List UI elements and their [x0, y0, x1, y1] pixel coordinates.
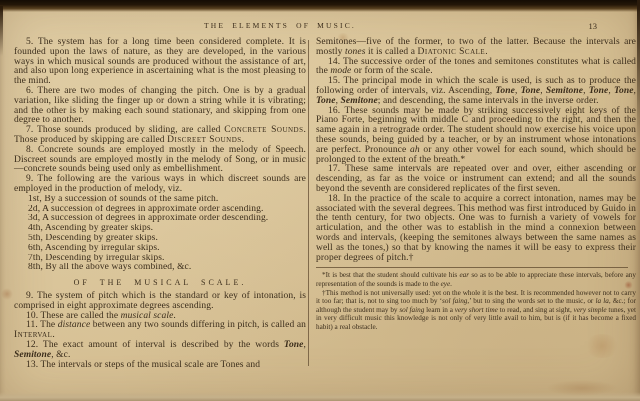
paragraph-6: 6. There are two modes of changing the p… [14, 87, 306, 126]
footnote-2: †This method is not universally used: ye… [316, 289, 636, 332]
list-item-3: 3d, A succession of degrees in approxima… [14, 214, 306, 224]
paragraph-7: 7. Those sounds produced by sliding, are… [14, 126, 306, 146]
paragraph-8: 8. Concrete sounds are employed mostly i… [14, 146, 306, 175]
right-column: Semitones—five of the former, to two of … [316, 38, 636, 331]
page-number: 13 [589, 21, 598, 31]
paragraph-15: 15. The principal mode in which the scal… [316, 77, 636, 106]
footnote-rule [316, 267, 628, 268]
paragraph-13-continued: Semitones—five of the former, to two of … [316, 38, 636, 58]
paragraph-11: 11. The distance between any two sounds … [14, 321, 306, 341]
paragraph-16: 16. These sounds may be made by striking… [316, 107, 636, 166]
paragraph-5: 5. The system has for a long time been c… [14, 38, 306, 87]
section-heading-musical-scale: OF THE MUSICAL SCALE. [14, 278, 306, 288]
paragraph-9: 9. The following are the various ways in… [14, 175, 306, 195]
paragraph-13: 13. The intervals or steps of the musica… [14, 361, 306, 371]
scan-bottom-edge [0, 392, 640, 401]
paragraph-12: 12. The exact amount of interval is desc… [14, 341, 306, 361]
running-title: THE ELEMENTS OF MUSIC. [0, 21, 560, 30]
paragraph-9-scale: 9. The system of pitch which is the stan… [14, 292, 306, 312]
list-item-5: 5th, Descending by greater skips. [14, 234, 306, 244]
list-item-8: 8th, By all the above ways combined, &c. [14, 263, 306, 273]
list-item-7: 7th, Descending by irregular skips. [14, 254, 306, 264]
list-item-2: 2d, A succession of degrees in approxima… [14, 205, 306, 215]
list-item-1: 1st, By a succession of sounds of the sa… [14, 195, 306, 205]
paragraph-14: 14. The successive order of the tones an… [316, 58, 636, 78]
paragraph-17: 17. These same intervals are repeated ov… [316, 165, 636, 194]
list-item-4: 4th, Ascending by greater skips. [14, 224, 306, 234]
stain [584, 334, 620, 358]
column-divider [308, 40, 309, 366]
left-column: 5. The system has for a long time been c… [14, 38, 306, 370]
footnote-1: *It is best that the student should cult… [316, 271, 636, 288]
list-item-6: 6th, Ascending by irregular skips. [14, 244, 306, 254]
book-page: THE ELEMENTS OF MUSIC. 13 5. The system … [0, 0, 640, 401]
paragraph-18: 18. In the practice of the scale to acqu… [316, 195, 636, 264]
page-header: THE ELEMENTS OF MUSIC. 13 [0, 21, 640, 33]
stain [1, 288, 13, 300]
scan-top-edge [0, 0, 640, 12]
